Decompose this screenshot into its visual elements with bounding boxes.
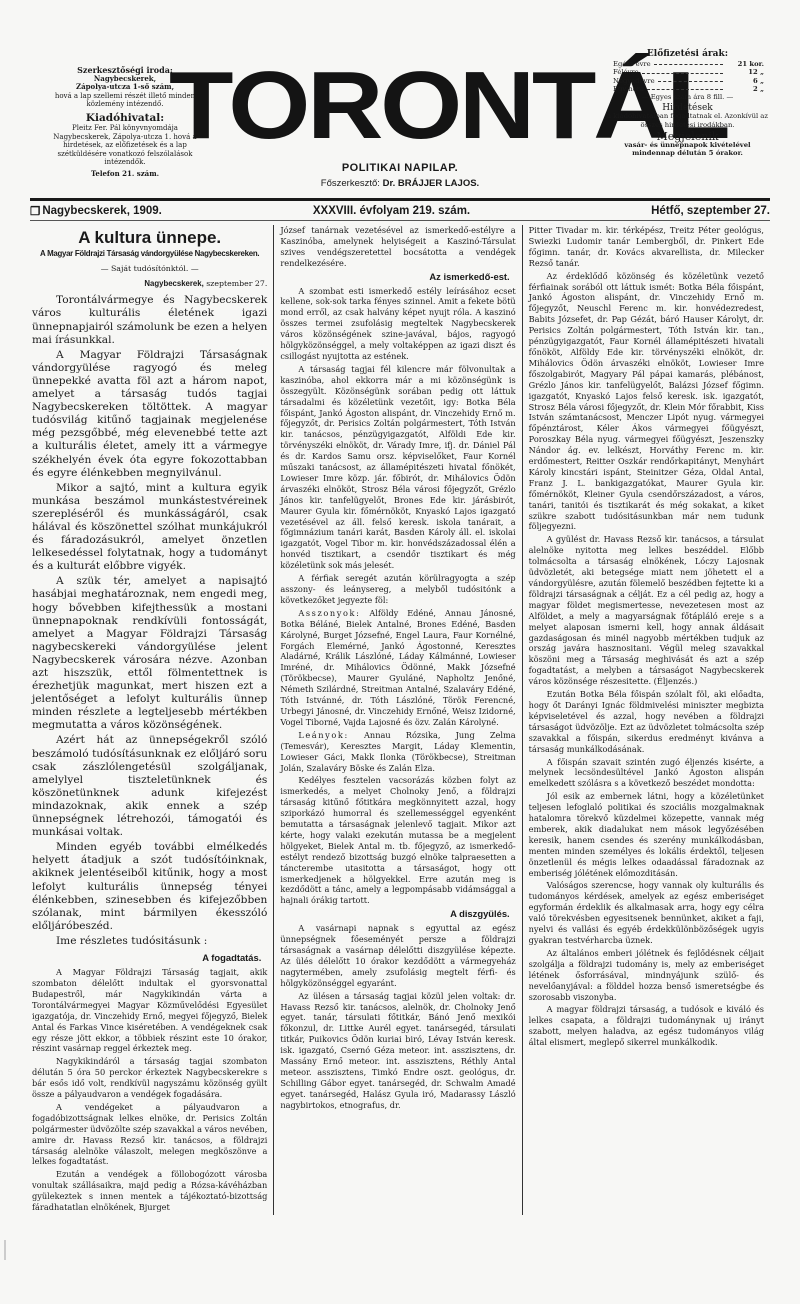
price-row: Félévre12 „ bbox=[605, 68, 770, 76]
article-headline: A kultura ünnepe. bbox=[32, 231, 267, 244]
paragraph: Nagykikindáról a társaság tagjai szombat… bbox=[32, 1056, 267, 1100]
paragraph: Torontálvármegye és Nagybecskerek város … bbox=[32, 294, 267, 346]
masthead: Szerkesztőségi iroda: Nagybecskerek, Záp… bbox=[30, 48, 770, 198]
day-date: Hétfő, szeptember 27. bbox=[651, 205, 770, 217]
price-value: 6 „ bbox=[726, 77, 764, 85]
price-period: Egy hóra bbox=[613, 85, 644, 93]
price-value: 21 kor. bbox=[726, 60, 764, 68]
paragraph: A gyülést dr. Havass Rezső kir. tanácsos… bbox=[529, 534, 764, 687]
paragraph: A magyar földrajzi társaság, a tudósok e… bbox=[529, 1004, 764, 1048]
printer-mark-icon: ❐ bbox=[30, 204, 40, 218]
paragraph: A vasárnapi napnak s egyuttal az egész ü… bbox=[280, 923, 515, 988]
paragraph: Kedélyes fesztelen vacsorázás közben fol… bbox=[280, 775, 515, 906]
article-date: szeptember 27. bbox=[206, 279, 267, 288]
prices-title: Előfizetési árak: bbox=[605, 50, 770, 58]
dateline-rule bbox=[30, 220, 770, 221]
paragraph: Pitter Tivadar m. kir. térképész, Treitz… bbox=[529, 225, 764, 269]
women-label: Asszonyok: bbox=[298, 608, 360, 618]
column-3: Pitter Tivadar m. kir. térképész, Treitz… bbox=[522, 225, 770, 1215]
price-period: Egész évre bbox=[613, 60, 651, 68]
women-list: Asszonyok: Alföldy Edéné, Annau Jánosné,… bbox=[280, 608, 515, 728]
price-row: Negyedévre6 „ bbox=[605, 77, 770, 85]
ads-title: Hirdetések bbox=[605, 104, 770, 112]
article-byline: — Saját tudósítónktól. — bbox=[32, 262, 267, 275]
column-2: József tanárnak vezetésével az ismerkedő… bbox=[273, 225, 521, 1215]
paragraph: Ime részletes tudósitásunk : bbox=[32, 935, 267, 948]
girls-label: Leányok: bbox=[298, 730, 349, 740]
paragraph: A főispán szavait szintén zugó éljenzés … bbox=[529, 757, 764, 790]
single-issue-price: — Egyes szám ára 8 fill. — bbox=[605, 93, 770, 101]
article-subheadline: A Magyar Földrajzi Társaság vándorgyülés… bbox=[39, 247, 260, 260]
paragraph: Minden egyéb további elmélkedés helyett … bbox=[32, 841, 267, 933]
newspaper-subtitle: POLITIKAI NAPILAP. bbox=[190, 162, 610, 174]
published-text: vasár- és ünnepnapok kivételével mindenn… bbox=[605, 141, 770, 157]
paragraph: Ezután Botka Béla főispán szólalt föl, a… bbox=[529, 689, 764, 754]
paragraph: A Magyar Földrajzi Társaság tagjait, aki… bbox=[32, 967, 267, 1054]
article-columns: A kultura ünnepe. A Magyar Földrajzi Tár… bbox=[30, 225, 770, 1215]
title-block: TORONTÁL POLITIKAI NAPILAP. Főszerkesztő… bbox=[190, 48, 610, 189]
volume-issue: XXXVIII. évfolyam 219. szám. bbox=[313, 205, 470, 217]
price-period: Félévre bbox=[613, 68, 639, 76]
paragraph: Mikor a sajtó, mint a kultura egyik munk… bbox=[32, 482, 267, 574]
place-year: Nagybecskerek, 1909. bbox=[42, 205, 162, 217]
paragraph: Ezután a vendégek a föllobogózott városb… bbox=[32, 1169, 267, 1213]
paragraph: A vendégeket a pályaudvaron a fogadóbizo… bbox=[32, 1102, 267, 1167]
women-names: Alföldy Edéné, Annau Jánosné, Botka Bélá… bbox=[280, 608, 515, 727]
published-title: Megjelenik bbox=[605, 133, 770, 141]
newspaper-title: TORONTÁL bbox=[169, 56, 631, 156]
paragraph: Az általános emberi jólétnek és fejlődés… bbox=[529, 948, 764, 1003]
paragraph: A férfiak seregét azután körülragyogta a… bbox=[280, 573, 515, 606]
paragraph: Az ülésen a társaság tagjai közül jelen … bbox=[280, 991, 515, 1111]
editor-name: Dr. BRÁJJER LAJOS. bbox=[383, 178, 480, 189]
editor-label: Főszerkesztő: bbox=[321, 178, 380, 189]
article-place-date: Nagybecskerek, szeptember 27. bbox=[32, 277, 267, 290]
ads-text: a kiadóhivatalban fogadtatnak el. Azonkí… bbox=[605, 112, 770, 128]
subscription-info-box: Előfizetési árak: Egész évre21 kor. Félé… bbox=[605, 50, 770, 157]
price-period: Negyedévre bbox=[613, 77, 655, 85]
paragraph: A szombat esti ismerkedő estély leírásáh… bbox=[280, 286, 515, 362]
paragraph: Azért hát az ünnepségekről szóló beszámo… bbox=[32, 734, 267, 839]
paragraph: A társaság tagjai fél kilencre már fölvo… bbox=[280, 364, 515, 571]
paragraph: József tanárnak vezetésével az ismerkedő… bbox=[280, 225, 515, 269]
section-heading-reception: A fogadtatás. bbox=[32, 951, 261, 964]
column-1: A kultura ünnepe. A Magyar Földrajzi Tár… bbox=[30, 225, 273, 1215]
paragraph: Jól esik az embernek látni, hogy a közél… bbox=[529, 791, 764, 878]
scan-artifact bbox=[4, 1240, 6, 1260]
section-heading-evening: Az ismerkedő-est. bbox=[280, 272, 509, 283]
price-row: Egy hóra2 „ bbox=[605, 85, 770, 93]
price-row: Egész évre21 kor. bbox=[605, 60, 770, 68]
paragraph: Valóságos szerencse, hogy vannak oly kul… bbox=[529, 880, 764, 945]
section-heading-assembly: A diszgyülés. bbox=[280, 909, 509, 920]
newspaper-page: Szerkesztőségi iroda: Nagybecskerek, Záp… bbox=[30, 48, 770, 1215]
paragraph: A szük tér, amelyet a napisajtó hasábjai… bbox=[32, 575, 267, 732]
editor-in-chief: Főszerkesztő: Dr. BRÁJJER LAJOS. bbox=[190, 178, 610, 189]
article-place: Nagybecskerek, bbox=[144, 279, 203, 288]
girls-list: Leányok: Annau Rózsika, Jung Zelma (Teme… bbox=[280, 730, 515, 774]
price-value: 12 „ bbox=[726, 68, 764, 76]
paragraph: A Magyar Földrajzi Társaságnak vándorgyü… bbox=[32, 349, 267, 480]
price-value: 2 „ bbox=[726, 85, 764, 93]
paragraph: Az érdeklődő közönség és közéletünk veze… bbox=[529, 271, 764, 533]
phone-number: Telefon 21. szám. bbox=[50, 170, 200, 179]
dateline: ❐ Nagybecskerek, 1909. XXXVIII. évfolyam… bbox=[30, 201, 770, 220]
dateline-left: ❐ Nagybecskerek, 1909. bbox=[30, 204, 162, 218]
